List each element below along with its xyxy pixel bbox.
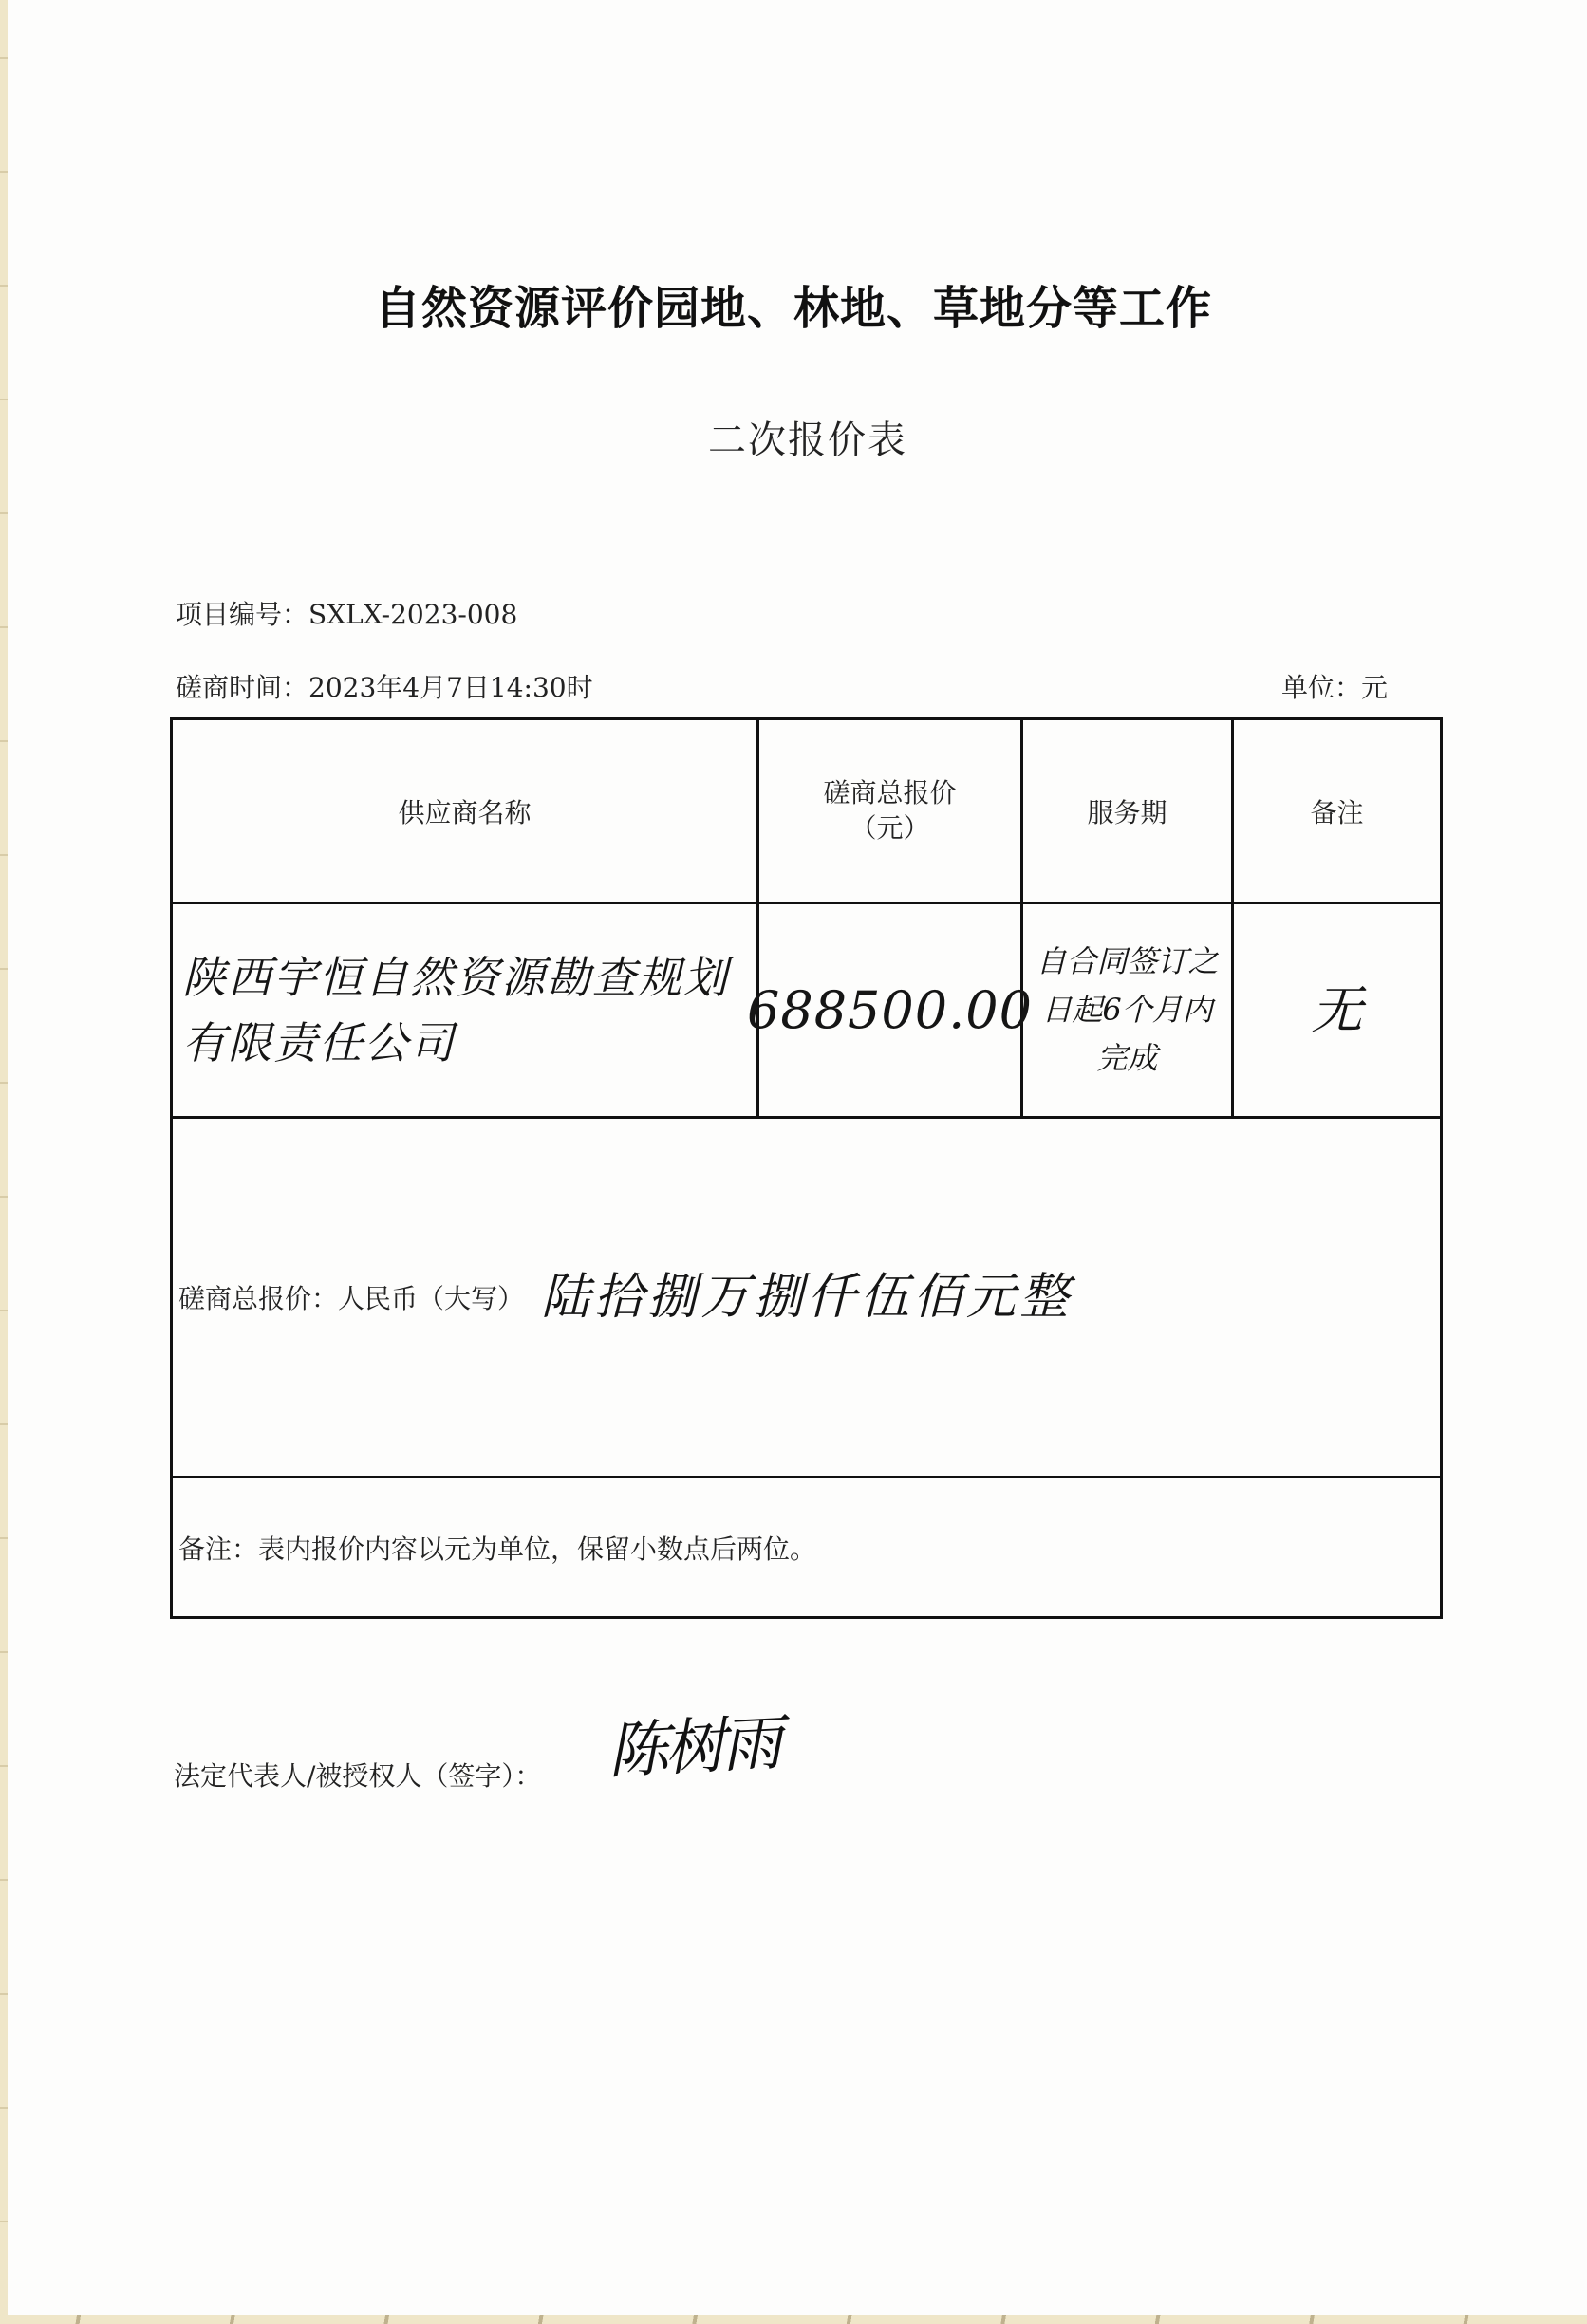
project-number-label: 项目编号： (176, 599, 308, 630)
header-service-period: 服务期 (1023, 720, 1231, 902)
header-remarks: 备注 (1234, 720, 1440, 902)
note-row: 备注：表内报价内容以元为单位，保留小数点后两位。 (173, 1478, 1440, 1616)
project-number: 项目编号：SXLX-2023-008 (176, 594, 517, 632)
remarks-value: 无 (1312, 972, 1363, 1049)
remarks-cell: 无 (1234, 904, 1440, 1116)
project-number-value: SXLX-2023-008 (308, 599, 517, 630)
supplier-name: 陕西宇恒自然资源勘查规划有限责任公司 (173, 945, 756, 1076)
table-row: 陕西宇恒自然资源勘查规划有限责任公司 (173, 904, 756, 1116)
negotiation-time-value: 2023年4月7日14:30时 (308, 672, 593, 703)
amount-in-words-label: 磋商总报价：人民币（大写） (178, 1278, 524, 1316)
document-subtitle: 二次报价表 (0, 410, 1587, 464)
unit-value: 元 (1361, 672, 1388, 703)
header-total-price-unit: （元） (850, 811, 929, 846)
signature-label: 法定代表人/被授权人（签字）： (174, 1756, 541, 1794)
scan-edge-bottom (0, 2315, 1587, 2324)
unit-label: 单位： (1281, 672, 1361, 703)
service-period-value: 自合同签订之日起6个月内完成 (1031, 938, 1223, 1084)
currency-unit: 单位：元 (1281, 667, 1388, 705)
amount-in-words-value: 陆拾捌万捌仟伍佰元整 (541, 1260, 1073, 1334)
scan-edge-left (0, 0, 8, 2324)
service-period-cell: 自合同签订之日起6个月内完成 (1023, 904, 1231, 1116)
document-title: 自然资源评价园地、林地、草地分等工作 (0, 271, 1587, 337)
header-total-price: 磋商总报价 （元） (759, 720, 1020, 902)
total-price-value: 688500.00 (747, 972, 1033, 1049)
signature-handwritten: 陈树雨 (606, 1694, 781, 1790)
quotation-table: 供应商名称 磋商总报价 （元） 服务期 备注 陕西宇恒自然资源勘查规划有限责任公… (170, 717, 1443, 1619)
header-total-price-label: 磋商总报价 (823, 776, 956, 810)
header-supplier: 供应商名称 (173, 720, 756, 902)
negotiation-time: 磋商时间：2023年4月7日14:30时 (176, 667, 593, 705)
amount-in-words-row: 磋商总报价：人民币（大写） 陆拾捌万捌仟伍佰元整 (173, 1119, 1440, 1476)
table-note: 备注：表内报价内容以元为单位，保留小数点后两位。 (178, 1529, 816, 1567)
total-price-cell: 688500.00 (759, 904, 1020, 1116)
negotiation-time-label: 磋商时间： (176, 672, 308, 703)
